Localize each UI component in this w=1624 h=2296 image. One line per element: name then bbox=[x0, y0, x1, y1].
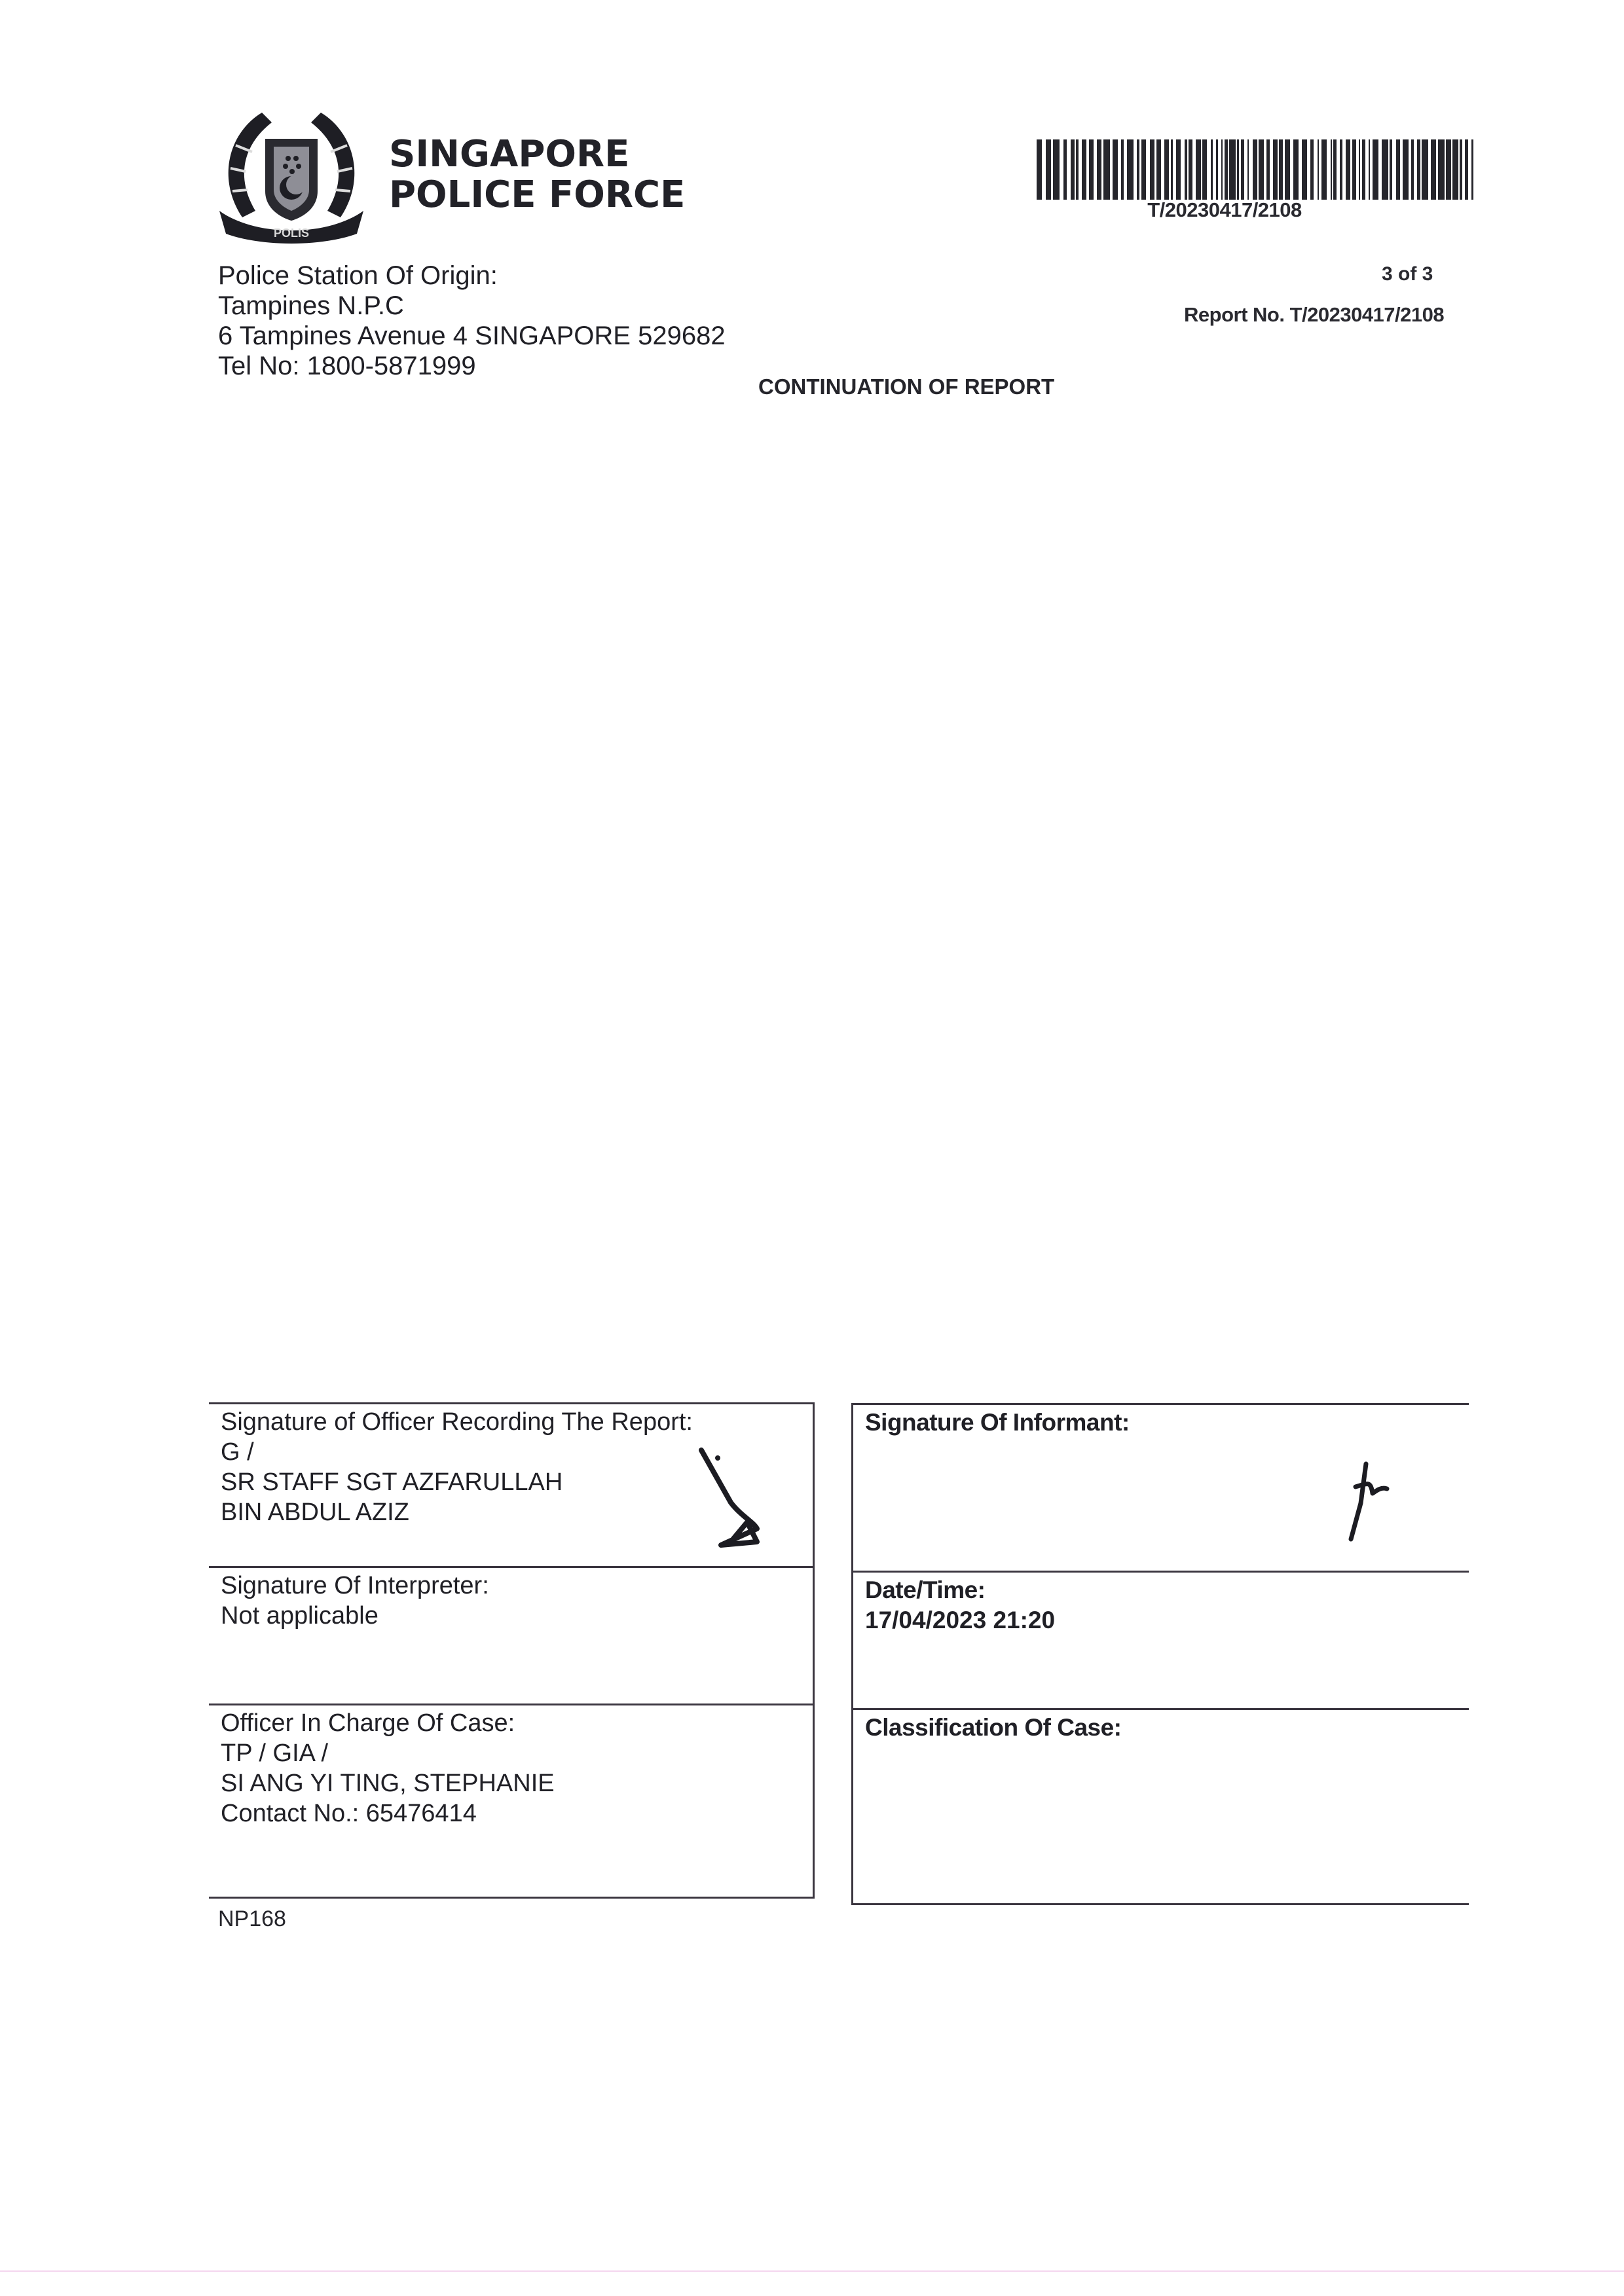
classification-cell: Classification Of Case: bbox=[851, 1708, 1469, 1903]
organization-name-line2: POLICE FORCE bbox=[389, 175, 685, 215]
divider bbox=[209, 1897, 815, 1899]
svg-text:POLIS: POLIS bbox=[274, 227, 309, 240]
officer-recording-label: Signature of Officer Recording The Repor… bbox=[221, 1407, 693, 1437]
right-signature-table: Signature Of Informant: Date/Time: 17/04… bbox=[851, 1403, 1469, 1907]
organization-name-line1: SINGAPORE bbox=[389, 134, 685, 175]
datetime-text: 17/04/2023 21:20 bbox=[865, 1605, 1055, 1635]
officer-in-charge-cell: Officer In Charge Of Case: TP / GIA / SI… bbox=[209, 1704, 815, 1897]
form-code: NP168 bbox=[218, 1906, 286, 1932]
page-indicator: 3 of 3 bbox=[1382, 263, 1433, 285]
informant-cell: Signature Of Informant: bbox=[851, 1403, 1469, 1571]
barcode-number: T/20230417/2108 bbox=[1113, 198, 1336, 222]
station-name: Tampines N.P.C bbox=[218, 291, 726, 321]
officer-in-charge-line: TP / GIA / bbox=[221, 1738, 555, 1768]
officer-recording-line: BIN ABDUL AZIZ bbox=[221, 1497, 563, 1527]
interpreter-details: Not applicable bbox=[221, 1601, 378, 1631]
datetime-value: 17/04/2023 21:20 bbox=[865, 1605, 1055, 1635]
left-signature-table: Signature of Officer Recording The Repor… bbox=[209, 1402, 815, 1900]
station-tel: Tel No: 1800-5871999 bbox=[218, 351, 726, 381]
officer-recording-line: G / bbox=[221, 1437, 563, 1467]
interpreter-label: Signature Of Interpreter: bbox=[221, 1571, 489, 1601]
classification-label: Classification Of Case: bbox=[865, 1713, 1122, 1743]
officer-recording-details: G / SR STAFF SGT AZFARULLAH BIN ABDUL AZ… bbox=[221, 1437, 563, 1527]
police-crest-icon: POLIS bbox=[216, 106, 367, 247]
officer-recording-cell: Signature of Officer Recording The Repor… bbox=[209, 1402, 815, 1566]
informant-signature-icon bbox=[1341, 1457, 1400, 1542]
divider bbox=[851, 1903, 1469, 1905]
station-label: Police Station Of Origin: bbox=[218, 261, 726, 291]
barcode bbox=[1037, 139, 1475, 200]
station-address: 6 Tampines Avenue 4 SINGAPORE 529682 bbox=[218, 321, 726, 351]
officer-in-charge-label: Officer In Charge Of Case: bbox=[221, 1708, 515, 1738]
informant-label: Signature Of Informant: bbox=[865, 1408, 1130, 1438]
officer-in-charge-line: Contact No.: 65476414 bbox=[221, 1798, 555, 1829]
document-title: CONTINUATION OF REPORT bbox=[758, 374, 1054, 399]
station-of-origin: Police Station Of Origin: Tampines N.P.C… bbox=[218, 261, 726, 381]
scan-edge-divider bbox=[0, 2270, 1624, 2272]
organization-name: SINGAPORE POLICE FORCE bbox=[389, 134, 685, 215]
datetime-label: Date/Time: bbox=[865, 1575, 986, 1605]
datetime-cell: Date/Time: 17/04/2023 21:20 bbox=[851, 1571, 1469, 1708]
interpreter-cell: Signature Of Interpreter: Not applicable bbox=[209, 1566, 815, 1704]
officer-in-charge-details: TP / GIA / SI ANG YI TING, STEPHANIE Con… bbox=[221, 1738, 555, 1829]
interpreter-line: Not applicable bbox=[221, 1601, 378, 1631]
officer-in-charge-line: SI ANG YI TING, STEPHANIE bbox=[221, 1768, 555, 1798]
officer-signature-icon bbox=[695, 1444, 767, 1555]
report-number-value: T/20230417/2108 bbox=[1290, 303, 1445, 326]
report-number-label: Report No. bbox=[1184, 303, 1284, 326]
officer-recording-line: SR STAFF SGT AZFARULLAH bbox=[221, 1467, 563, 1497]
report-number: Report No. T/20230417/2108 bbox=[1184, 303, 1444, 327]
